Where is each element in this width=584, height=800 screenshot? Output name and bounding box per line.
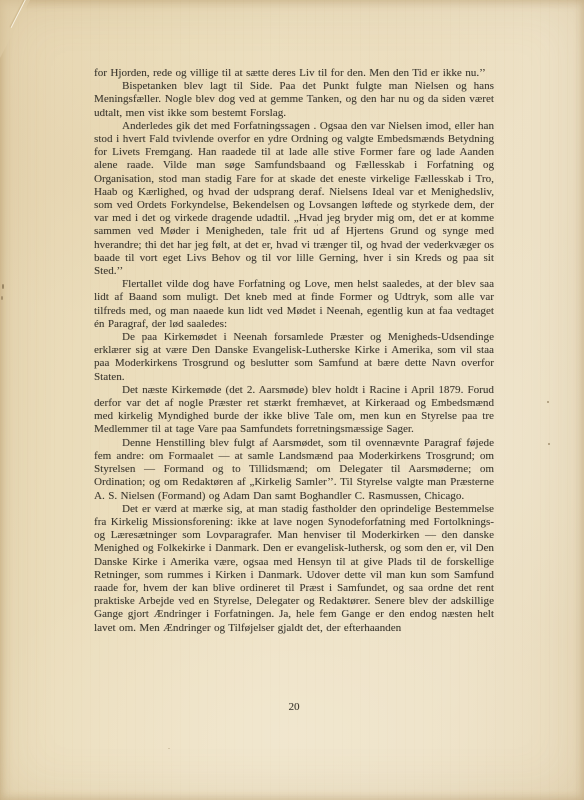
paragraph: Det er værd at mærke sig, at man stadig … [94,503,494,635]
paragraph: Denne Henstilling blev fulgt af Aarsmøde… [94,437,494,503]
paragraph-continuation: for Hjorden, rede og villige til at sætt… [94,67,494,80]
paragraph: Flertallet vilde dog have Forfatning og … [94,278,494,331]
paragraph: Det næste Kirkemøde (det 2. Aarsmøde) bl… [94,384,494,437]
paper-speck [317,224,318,226]
paragraph-resolution-quote: De paa Kirkemødet i Neenah forsamlede Pr… [94,331,494,384]
paper-speck [547,401,549,403]
paper-edge-mark [2,284,4,289]
paper-edge-mark [1,296,3,300]
paper-speck [168,748,170,749]
paper-speck [548,443,550,445]
paragraph: Anderledes gik det med Forfatningssagen … [94,120,494,278]
page-text-block: for Hjorden, rede og villige til at sætt… [94,67,494,635]
paragraph: Bispetanken blev lagt til Side. Paa det … [94,80,494,120]
page-corner-crease [0,0,30,58]
scanned-book-page: for Hjorden, rede og villige til at sætt… [0,0,584,800]
page-number: 20 [94,701,494,713]
